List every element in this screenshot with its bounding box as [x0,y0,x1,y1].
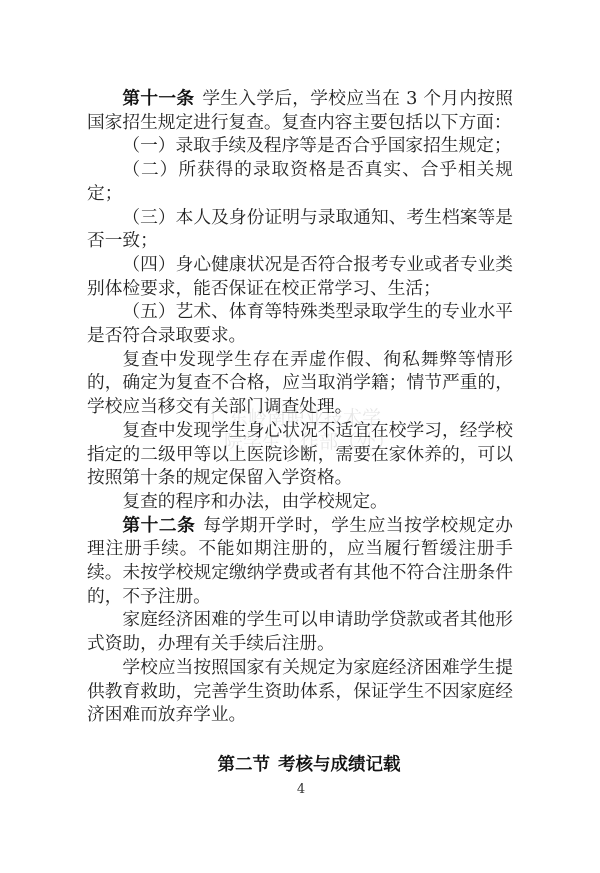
paragraph: 家庭经济困难的学生可以申请助学贷款或者其他形式资助，办理有关手续后注册。 [87,609,513,656]
paragraph: 复查中发现学生身心状况不适宜在校学习，经学校指定的二级甲等以上医院诊断，需要在家… [87,420,513,491]
article-label: 第十一条 [122,89,194,109]
document-page: 广东岭南职业技术学 院学生工作部（处） 第十一条学生入学后，学校应当在 3 个月… [0,0,600,873]
list-item-3: （三）本人及身份证明与录取通知、考生档案等是否一致； [87,207,513,254]
page-number: 4 [0,781,600,799]
section-number: 第二节 [218,755,271,775]
list-item-2: （二）所获得的录取资格是否真实、合乎相关规定； [87,159,513,206]
list-item-4: （四）身心健康状况是否符合报考专业或者专业类别体检要求，能否保证在校正常学习、生… [87,254,513,301]
section-heading: 第二节考核与成绩记载 [0,753,600,777]
article-11-paragraph: 第十一条学生入学后，学校应当在 3 个月内按照国家招生规定进行复查。复查内容主要… [87,88,513,135]
paragraph-text: 复查的程序和办法，由学校规定。 [122,492,387,512]
section-title: 考核与成绩记载 [278,755,401,775]
paragraph: 复查的程序和办法，由学校规定。 [87,491,513,515]
paragraph-text: 家庭经济困难的学生可以申请助学贷款或者其他形式资助，办理有关手续后注册。 [87,610,513,654]
article-label: 第十二条 [122,516,195,536]
paragraph-text: 复查中发现学生存在弄虚作假、徇私舞弊等情形的，确定为复查不合格，应当取消学籍；情… [87,350,513,417]
paragraph-text: 复查中发现学生身心状况不适宜在校学习，经学校指定的二级甲等以上医院诊断，需要在家… [87,421,513,488]
paragraph: 学校应当按照国家有关规定为家庭经济困难学生提供教育救助，完善学生资助体系，保证学… [87,657,513,728]
list-item-1: （一）录取手续及程序等是否合乎国家招生规定； [87,135,513,159]
body-text: 第十一条学生入学后，学校应当在 3 个月内按照国家招生规定进行复查。复查内容主要… [87,88,513,728]
list-item-5: （五）艺术、体育等特殊类型录取学生的专业水平是否符合录取要求。 [87,301,513,348]
paragraph-text: （一）录取手续及程序等是否合乎国家招生规定； [122,136,511,156]
paragraph-text: （二）所获得的录取资格是否真实、合乎相关规定； [87,160,513,204]
paragraph: 复查中发现学生存在弄虚作假、徇私舞弊等情形的，确定为复查不合格，应当取消学籍；情… [87,349,513,420]
paragraph-text: （三）本人及身份证明与录取通知、考生档案等是否一致； [87,208,513,252]
paragraph-text: （五）艺术、体育等特殊类型录取学生的专业水平是否符合录取要求。 [87,302,513,346]
article-12-paragraph: 第十二条每学期开学时，学生应当按学校规定办理注册手续。不能如期注册的，应当履行暂… [87,515,513,610]
paragraph-text: 学校应当按照国家有关规定为家庭经济困难学生提供教育救助，完善学生资助体系，保证学… [87,658,513,725]
paragraph-text: （四）身心健康状况是否符合报考专业或者专业类别体检要求，能否保证在校正常学习、生… [87,255,513,299]
